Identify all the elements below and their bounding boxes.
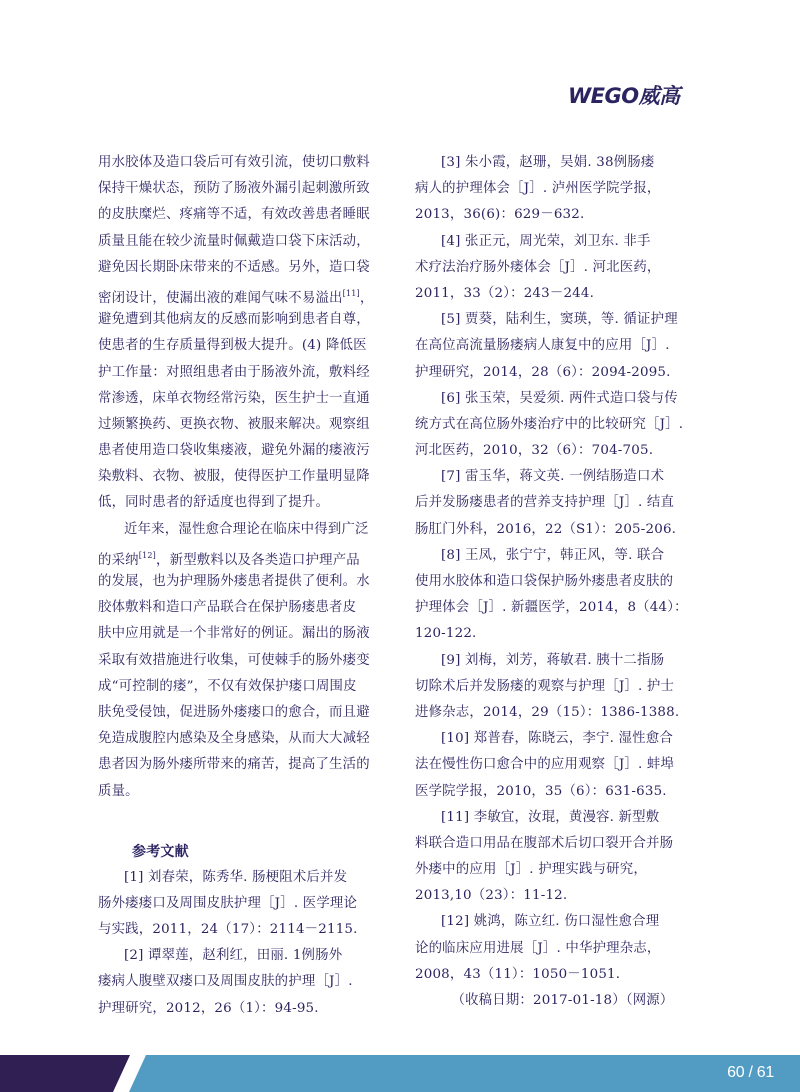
- text-line: 密闭设计，使漏出液的难闻气味不易溢出[11]，: [98, 281, 374, 307]
- text-line: 染敷料、衣物、被服，使得医护工作量明显降: [98, 464, 374, 490]
- citation-superscript: [11]: [343, 289, 360, 298]
- reference-line: [2] 谭翠莲，赵利红，田丽. 1例肠外: [98, 943, 374, 969]
- reference-item: [11] 李敏宜，汝琨，黄漫容. 新型敷 料联合造口用品在腹部术后切口裂开合并肠…: [415, 805, 700, 910]
- reference-line: 河北医药，2010，32（6）：704-705.: [415, 438, 700, 464]
- text-line: 肤免受侵蚀，促进肠外瘘瘘口的愈合，而且避: [98, 700, 374, 726]
- reference-item: [6] 张玉荣，吴爱须. 两件式造口袋与传 统方式在高位肠外瘘治疗中的比较研究［…: [415, 386, 700, 465]
- reference-line: 进修杂志，2014，29（15）：1386-1388.: [415, 700, 700, 726]
- reference-line: 2008，43（11）：1050－1051.: [415, 962, 700, 988]
- reference-item: [2] 谭翠莲，赵利红，田丽. 1例肠外 瘘病人腹壁双瘘口及周围皮肤的护理［J］…: [98, 943, 374, 1022]
- reference-line: 护理研究，2014，28（6）：2094-2095.: [415, 360, 700, 386]
- text-line: 使患者的生存质量得到极大提升。(4) 降低医: [98, 333, 374, 359]
- text-line: 避免因长期卧床带来的不适感。另外，造口袋: [98, 255, 374, 281]
- reference-line: 统方式在高位肠外瘘治疗中的比较研究［J］.: [415, 412, 700, 438]
- reference-line: 料联合造口用品在腹部术后切口裂开合并肠: [415, 831, 700, 857]
- left-column: 用水胶体及造口袋后可有效引流，使切口敷料 保持干燥状态，预防了肠液外漏引起刺激所…: [98, 150, 374, 1022]
- reference-line: 法在慢性伤口愈合中的应用观察［J］. 蚌埠: [415, 752, 700, 778]
- reference-line: 使用水胶体和造口袋保护肠外瘘患者皮肤的: [415, 569, 700, 595]
- text-span: 密闭设计，使漏出液的难闻气味不易溢出: [98, 291, 343, 306]
- reference-item: [9] 刘梅，刘芳，蒋敏君. 胰十二指肠 切除术后并发肠瘘的观察与护理［J］. …: [415, 648, 700, 727]
- reference-line: 肠外瘘瘘口及周围皮肤护理［J］. 医学理论: [98, 891, 374, 917]
- reference-line: 切除术后并发肠瘘的观察与护理［J］. 护士: [415, 674, 700, 700]
- footer-band-shape: [0, 1055, 800, 1092]
- received-date-note: （收稿日期：2017-01-18）（网源）: [415, 988, 700, 1014]
- references-heading: 参考文献: [98, 839, 374, 865]
- reference-line: 病人的护理体会［J］. 泸州医学院学报，: [415, 176, 700, 202]
- text-span: ，: [360, 291, 374, 306]
- text-line: 采取有效措施进行收集，可使棘手的肠外瘘变: [98, 648, 374, 674]
- reference-item: [5] 贾葵，陆利生，窦瑛，等. 循证护理 在高位高流量肠瘘病人康复中的应用［J…: [415, 307, 700, 386]
- reference-item: [12] 姚鸿，陈立红. 伤口湿性愈合理 论的临床应用进展［J］. 中华护理杂志…: [415, 909, 700, 988]
- page-footer: 60 / 61: [0, 1055, 800, 1092]
- reference-line: 医学院学报，2010，35（6）：631-635.: [415, 779, 700, 805]
- reference-line: [11] 李敏宜，汝琨，黄漫容. 新型敷: [415, 805, 700, 831]
- text-line: 肤中应用就是一个非常好的例证。漏出的肠液: [98, 621, 374, 647]
- reference-item: [1] 刘春荣，陈秀华. 肠梗阻术后并发 肠外瘘瘘口及周围皮肤护理［J］. 医学…: [98, 865, 374, 944]
- reference-line: [12] 姚鸿，陈立红. 伤口湿性愈合理: [415, 909, 700, 935]
- reference-line: 瘘病人腹壁双瘘口及周围皮肤的护理［J］.: [98, 969, 374, 995]
- text-line: 护工作量：对照组患者由于肠液外流，敷料经: [98, 360, 374, 386]
- reference-item: [3] 朱小霞，赵珊，吴娟. 38例肠瘘 病人的护理体会［J］. 泸州医学院学报…: [415, 150, 700, 229]
- text-line: 的皮肤糜烂、疼痛等不适，有效改善患者睡眠: [98, 202, 374, 228]
- text-line: 患者因为肠外瘘所带来的痛苦，提高了生活的: [98, 752, 374, 778]
- text-line: 用水胶体及造口袋后可有效引流，使切口敷料: [98, 150, 374, 176]
- page-number: 60 / 61: [727, 1064, 774, 1082]
- reference-line: 2011，33（2）：243－244.: [415, 281, 700, 307]
- reference-line: 论的临床应用进展［J］. 中华护理杂志，: [415, 936, 700, 962]
- reference-line: 护理体会［J］. 新疆医学，2014，8（44）：: [415, 595, 700, 621]
- reference-item: [7] 雷玉华，蒋文英. 一例结肠造口术 后并发肠瘘患者的营养支持护理［J］. …: [415, 464, 700, 543]
- reference-line: [4] 张正元，周光荣，刘卫东. 非手: [415, 229, 700, 255]
- reference-line: [10] 郑普春，陈晓云，李宁. 湿性愈合: [415, 726, 700, 752]
- reference-line: [8] 王凤，张宁宁，韩正风，等. 联合: [415, 543, 700, 569]
- text-line: 成“可控制的瘘”，不仅有效保护瘘口周围皮: [98, 674, 374, 700]
- reference-item: [4] 张正元，周光荣，刘卫东. 非手 术疗法治疗肠外瘘体会［J］. 河北医药，…: [415, 229, 700, 308]
- reference-line: 与实践，2011，24（17）：2114－2115.: [98, 917, 374, 943]
- text-line: 低，同时患者的舒适度也得到了提升。: [98, 490, 374, 516]
- text-line: 患者使用造口袋收集瘘液，避免外漏的瘘液污: [98, 438, 374, 464]
- reference-line: 120-122.: [415, 621, 700, 647]
- reference-line: 2013,10（23）：11-12.: [415, 883, 700, 909]
- reference-line: 护理研究，2012，26（1）：94-95.: [98, 996, 374, 1022]
- text-line: 的采纳[12]，新型敷料以及各类造口护理产品: [98, 543, 374, 569]
- text-line: 过频繁换药、更换衣物、被服来解决。观察组: [98, 412, 374, 438]
- reference-line: [6] 张玉荣，吴爱须. 两件式造口袋与传: [415, 386, 700, 412]
- reference-line: 术疗法治疗肠外瘘体会［J］. 河北医药，: [415, 255, 700, 281]
- text-span: ，新型敷料以及各类造口护理产品: [156, 553, 360, 568]
- text-line: 质量且能在较少流量时佩戴造口袋下床活动，: [98, 229, 374, 255]
- text-span: 的采纳: [98, 553, 139, 568]
- right-column: [3] 朱小霞，赵珊，吴娟. 38例肠瘘 病人的护理体会［J］. 泸州医学院学报…: [415, 150, 700, 1014]
- wego-logo: WEGO威高: [568, 80, 680, 110]
- text-line: 胶体敷料和造口产品联合在保护肠瘘患者皮: [98, 595, 374, 621]
- reference-line: [3] 朱小霞，赵珊，吴娟. 38例肠瘘: [415, 150, 700, 176]
- text-line: 避免遭到其他病友的反感而影响到患者自尊，: [98, 307, 374, 333]
- reference-line: [7] 雷玉华，蒋文英. 一例结肠造口术: [415, 464, 700, 490]
- text-line: 常渗透，床单衣物经常污染，医生护士一直通: [98, 386, 374, 412]
- reference-line: [1] 刘春荣，陈秀华. 肠梗阻术后并发: [98, 865, 374, 891]
- reference-item: [10] 郑普春，陈晓云，李宁. 湿性愈合 法在慢性伤口愈合中的应用观察［J］.…: [415, 726, 700, 805]
- text-line: 免造成腹腔内感染及全身感染，从而大大减轻: [98, 726, 374, 752]
- reference-line: 在高位高流量肠瘘病人康复中的应用［J］.: [415, 333, 700, 359]
- reference-line: 肠肛门外科，2016，22（S1）：205-206.: [415, 517, 700, 543]
- reference-line: 后并发肠瘘患者的营养支持护理［J］. 结直: [415, 490, 700, 516]
- reference-item: [8] 王凤，张宁宁，韩正风，等. 联合 使用水胶体和造口袋保护肠外瘘患者皮肤的…: [415, 543, 700, 648]
- text-line: 保持干燥状态，预防了肠液外漏引起刺激所致: [98, 176, 374, 202]
- reference-line: 外瘘中的应用［J］. 护理实践与研究，: [415, 857, 700, 883]
- text-line: 质量。: [98, 779, 374, 805]
- reference-line: [5] 贾葵，陆利生，窦瑛，等. 循证护理: [415, 307, 700, 333]
- text-line: 的发展，也为护理肠外瘘患者提供了便利。水: [98, 569, 374, 595]
- reference-line: [9] 刘梅，刘芳，蒋敏君. 胰十二指肠: [415, 648, 700, 674]
- reference-line: 2013，36(6)：629－632.: [415, 202, 700, 228]
- citation-superscript: [12]: [139, 551, 156, 560]
- text-line: 近年来，湿性愈合理论在临床中得到广泛: [98, 517, 374, 543]
